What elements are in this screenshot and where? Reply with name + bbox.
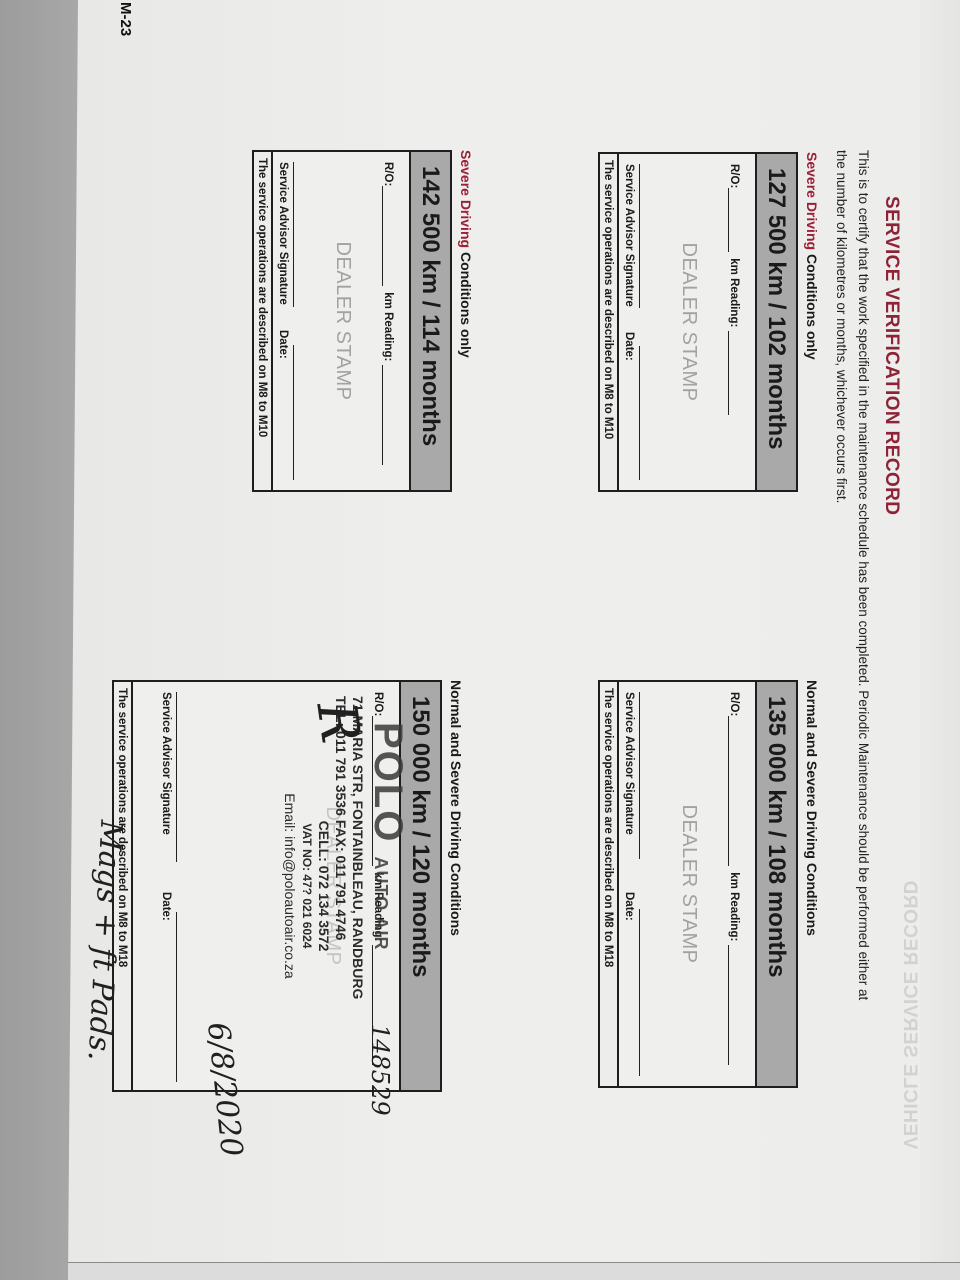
handwritten-signature: R <box>304 698 372 747</box>
signature-labels: Service Advisor Signature Date: <box>619 154 639 490</box>
km-reading-field[interactable] <box>728 331 741 415</box>
signature-field[interactable] <box>639 164 640 308</box>
record-box: 150 000 km / 120 months R/O: km Reading:… <box>112 680 442 1092</box>
signature-labels: Service Advisor Signature Date: <box>619 682 639 1086</box>
ro-field[interactable] <box>728 188 741 252</box>
interval-header: 127 500 km / 102 months <box>755 154 796 490</box>
operations-footnote: The service operations are described on … <box>600 154 619 490</box>
interval-header: 135 000 km / 108 months <box>755 682 796 1086</box>
stamp-email: Email: info@poloautoair.co.za <box>281 696 298 1056</box>
record-box: 135 000 km / 108 months R/O: km Reading:… <box>598 680 798 1088</box>
signature-area: Service Advisor Signature Date: <box>156 692 177 1082</box>
date-field[interactable] <box>293 345 294 480</box>
intro-paragraph: This is to certify that the work specifi… <box>830 150 874 850</box>
dealer-stamp-placeholder: DEALER STAMP <box>294 152 354 490</box>
ro-row: R/O: km Reading: <box>728 682 755 1086</box>
stamp-company-suffix: AUTO AIR <box>371 856 391 950</box>
condition-label: Severe Driving Conditions only <box>458 150 474 492</box>
ro-field[interactable] <box>728 716 741 866</box>
signature-field[interactable] <box>293 162 294 307</box>
date-field[interactable] <box>176 912 177 1082</box>
intro-line-2: the number of kilometres or months, whic… <box>830 150 852 850</box>
operations-footnote: The service operations are described on … <box>254 152 273 490</box>
service-record-150000: Normal and Severe Driving Conditions 150… <box>112 680 464 1092</box>
service-verification-document: M-23 VEHICLE SERVICE RECORD SERVICE VERI… <box>0 0 960 1280</box>
km-reading-label: km Reading: <box>728 258 740 327</box>
stamp-vat: VAT NO: 47? 021 6024 <box>298 696 315 1056</box>
signature-lines <box>639 682 640 1086</box>
stamp-address: 71 MARIA STR, FONTAINBLEAU, RANDBURG <box>349 696 366 1056</box>
ro-label: R/O: <box>728 692 740 716</box>
service-record-127500: Severe Driving Conditions only 127 500 k… <box>598 152 820 492</box>
signature-label: Service Advisor Signature <box>623 692 635 892</box>
ro-label: R/O: <box>382 162 394 186</box>
ro-row: R/O: km Reading: <box>382 152 409 490</box>
condition-label: Normal and Severe Driving Conditions <box>448 680 464 1092</box>
signature-lines <box>293 152 294 490</box>
ro-field[interactable] <box>382 186 395 286</box>
condition-suffix: Normal and Severe Driving Conditions <box>804 680 820 936</box>
interval-header: 142 500 km / 114 months <box>409 152 450 490</box>
ro-label: R/O: <box>728 164 740 188</box>
service-record-142500: Severe Driving Conditions only 142 500 k… <box>252 150 474 492</box>
km-reading-field[interactable] <box>382 365 395 465</box>
page-title: SERVICE VERIFICATION RECORD <box>880 196 902 515</box>
condition-suffix: Normal and Severe Driving Conditions <box>448 680 464 936</box>
stamp-cell: CELL: 072 134 3572 <box>315 696 332 1056</box>
handwritten-km-reading: 148529 <box>366 1024 394 1116</box>
stamp-logo: POLO AUTO AIR <box>372 722 396 950</box>
condition-suffix: Conditions only <box>458 248 474 358</box>
condition-label: Severe Driving Conditions only <box>804 152 820 492</box>
condition-label: Normal and Severe Driving Conditions <box>804 680 820 1088</box>
dealer-stamp-placeholder: DEALER STAMP <box>640 682 700 1086</box>
signature-lines <box>176 692 177 1082</box>
dealer-stamp-placeholder: DEALER STAMP <box>640 154 700 490</box>
record-box: 127 500 km / 102 months R/O: km Reading:… <box>598 152 798 492</box>
bleedthrough-title: VEHICLE SERVICE RECORD <box>898 880 920 1149</box>
condition-prefix: Severe Driving <box>804 152 820 250</box>
operations-footnote: The service operations are described on … <box>600 682 619 1086</box>
service-record-135000: Normal and Severe Driving Conditions 135… <box>598 680 820 1088</box>
record-box: 142 500 km / 114 months R/O: km Reading:… <box>252 150 452 492</box>
intro-line-1: This is to certify that the work specifi… <box>852 150 874 850</box>
dealer-stamp-impression: POLO AUTO AIR 71 MARIA STR, FONTAINBLEAU… <box>281 696 366 1056</box>
condition-prefix: Severe Driving <box>458 150 474 248</box>
stamp-tel-fax: TEL: 011 791 3536 FAX: 011 791 4746 <box>332 696 349 1056</box>
signature-lines <box>639 154 640 490</box>
signature-label: Service Advisor Signature <box>277 162 289 330</box>
signature-field[interactable] <box>639 692 640 859</box>
km-reading-field[interactable] <box>728 945 741 1065</box>
km-reading-label: km Reading: <box>382 292 394 361</box>
stamp-company-name: POLO <box>366 722 410 843</box>
signature-label: Service Advisor Signature <box>623 164 635 332</box>
signature-field[interactable] <box>176 692 177 862</box>
date-label: Date: <box>623 332 635 361</box>
ro-label: R/O: <box>372 692 384 716</box>
signature-labels: Service Advisor Signature Date: <box>273 152 293 490</box>
date-field[interactable] <box>639 346 640 480</box>
signature-label: Service Advisor Signature <box>160 692 172 892</box>
signature-labels: Service Advisor Signature Date: <box>156 692 176 1082</box>
km-reading-label: km Reading: <box>728 872 740 941</box>
date-field[interactable] <box>639 909 640 1076</box>
condition-suffix: Conditions only <box>804 250 820 360</box>
date-label: Date: <box>277 330 289 359</box>
date-label: Date: <box>160 892 172 921</box>
ro-row: R/O: km Reading: <box>728 154 755 490</box>
date-label: Date: <box>623 892 635 921</box>
page-code: M-23 <box>117 2 134 36</box>
